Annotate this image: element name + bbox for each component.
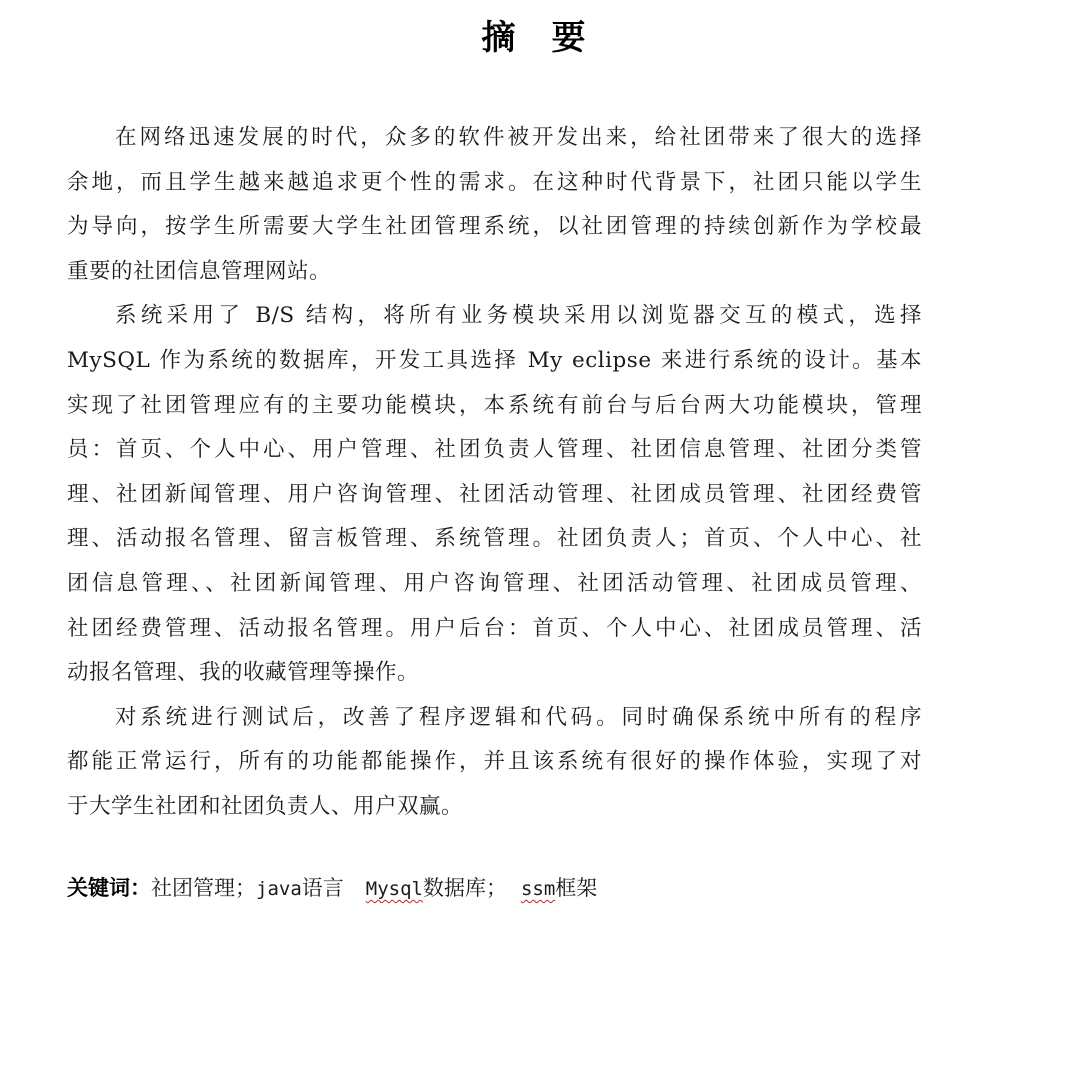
keywords-label: 关键词：: [67, 876, 151, 900]
keyword-4-cjk: 框架: [555, 876, 597, 900]
paragraph-2: 系统采用了 B/S 结构，将所有业务模块采用以浏览器交互的模式，选择 MySQL…: [67, 294, 922, 695]
title-char-2: 要: [552, 18, 586, 58]
paragraph-1: 在网络迅速发展的时代，众多的软件被开发出来，给社团带来了很大的选择 余地，而且学…: [67, 116, 922, 294]
keyword-2-latin: java: [256, 878, 302, 900]
text-line: 理、活动报名管理、留言板管理、系统管理。社团负责人；首页、个人中心、社: [67, 517, 922, 562]
document-page: 摘要 在网络迅速发展的时代，众多的软件被开发出来，给社团带来了很大的选择 余地，…: [0, 0, 1067, 1065]
keywords-line: 关键词：社团管理；java语言Mysql数据库；ssm框架: [67, 870, 597, 907]
text-line: 社团经费管理、活动报名管理。用户后台：首页、个人中心、社团成员管理、活: [67, 607, 922, 652]
keyword-1: 社团管理；: [151, 876, 256, 900]
text-line: 重要的社团信息管理网站。: [67, 250, 922, 295]
keyword-4-latin: ssm: [521, 878, 555, 900]
text-line: 在网络迅速发展的时代，众多的软件被开发出来，给社团带来了很大的选择: [67, 116, 922, 161]
keyword-3-latin: Mysql: [366, 878, 423, 900]
text-line: 动报名管理、我的收藏管理等操作。: [67, 651, 922, 696]
abstract-title: 摘要: [0, 14, 1067, 62]
text-line: 理、社团新闻管理、用户咨询管理、社团活动管理、社团成员管理、社团经费管: [67, 473, 922, 518]
text-line: 对系统进行测试后，改善了程序逻辑和代码。同时确保系统中所有的程序: [67, 696, 922, 741]
text-line: 系统采用了 B/S 结构，将所有业务模块采用以浏览器交互的模式，选择: [67, 294, 922, 339]
text-line: MySQL 作为系统的数据库，开发工具选择 My eclipse 来进行系统的设…: [67, 339, 922, 384]
keyword-3-cjk: 数据库；: [423, 876, 507, 900]
text-line: 员：首页、个人中心、用户管理、社团负责人管理、社团信息管理、社团分类管: [67, 428, 922, 473]
title-char-1: 摘: [482, 18, 516, 58]
text-line: 于大学生社团和社团负责人、用户双赢。: [67, 785, 922, 830]
text-line: 为导向，按学生所需要大学生社团管理系统，以社团管理的持续创新作为学校最: [67, 205, 922, 250]
text-line: 团信息管理、、社团新闻管理、用户咨询管理、社团活动管理、社团成员管理、: [67, 562, 922, 607]
abstract-body: 在网络迅速发展的时代，众多的软件被开发出来，给社团带来了很大的选择 余地，而且学…: [67, 116, 922, 830]
text-line: 余地，而且学生越来越追求更个性的需求。在这种时代背景下，社团只能以学生: [67, 161, 922, 206]
text-line: 都能正常运行，所有的功能都能操作，并且该系统有很好的操作体验，实现了对: [67, 740, 922, 785]
text-line: 实现了社团管理应有的主要功能模块，本系统有前台与后台两大功能模块，管理: [67, 384, 922, 429]
keyword-2-cjk: 语言: [302, 876, 344, 900]
paragraph-3: 对系统进行测试后，改善了程序逻辑和代码。同时确保系统中所有的程序 都能正常运行，…: [67, 696, 922, 830]
